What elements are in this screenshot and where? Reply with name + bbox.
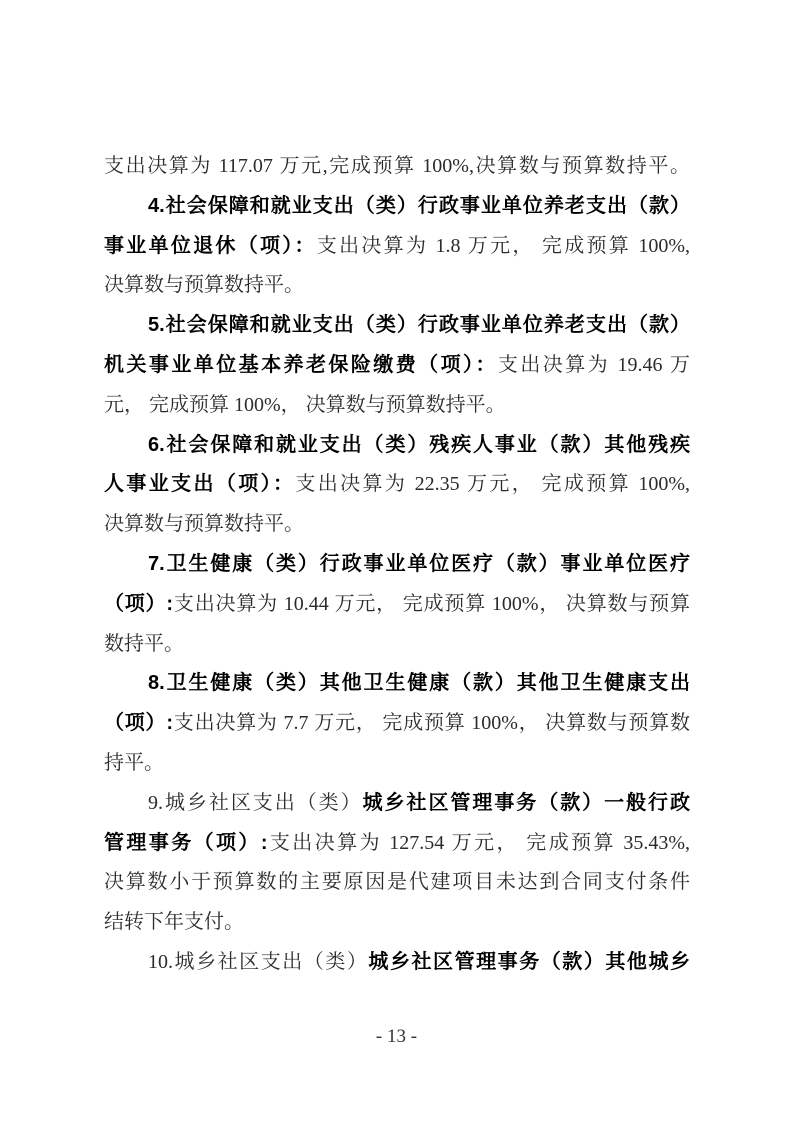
text-line: 决算数与预算数持平。 [104,505,690,545]
text-segment-bold: 管理事务（项）: [104,832,267,854]
text-line: 决算数与预算数持平。 [104,266,690,306]
text-line: （项）:支出决算为 7.7 万元， 完成预算 100%， 决算数与预算数 [104,704,690,744]
text-segment: 支出决算为 22.35 万元， 完成预算 100%, [295,473,690,495]
text-line: 10.城乡社区支出（类）城乡社区管理事务（款）其他城乡 [104,943,690,983]
text-segment: 9.城乡社区支出（类） [148,792,363,814]
text-segment-bold: 6.社会保障和就业支出（类）残疾人事业（款）其他残疾 [148,434,690,456]
text-segment: 10.城乡社区支出（类） [148,951,368,973]
text-segment: 数持平。 [104,633,184,655]
text-segment: 支出决算为 19.46 万 [498,354,690,376]
document-page: 支出决算为 117.07 万元,完成预算 100%,决算数与预算数持平。4.社会… [0,0,793,1122]
text-line: 事业单位退休（项）：支出决算为 1.8 万元， 完成预算 100%, [104,227,690,267]
text-segment-bold: 城乡社区管理事务（款）一般行政 [363,792,690,814]
page-number: - 13 - [0,1026,793,1048]
text-segment: 支出决算为 10.44 万元， 完成预算 100%， 决算数与预算 [173,593,690,615]
text-segment: 决算数与预算数持平。 [104,274,304,296]
text-segment-bold: 机关事业单位基本养老保险缴费（项）： [104,354,498,376]
text-segment: 决算数与预算数持平。 [104,513,304,535]
document-body: 支出决算为 117.07 万元,完成预算 100%,决算数与预算数持平。4.社会… [104,147,690,983]
text-segment: 决算数小于预算数的主要原因是代建项目未达到合同支付条件 [104,871,690,893]
text-segment: 持平。 [104,752,164,774]
text-line: 决算数小于预算数的主要原因是代建项目未达到合同支付条件 [104,863,690,903]
text-segment-bold: 8.卫生健康（类）其他卫生健康（款）其他卫生健康支出 [148,672,690,694]
text-segment-bold: 城乡社区管理事务（款）其他城乡 [368,951,690,973]
text-segment: 结转下年支付。 [104,911,244,933]
text-segment-bold: 人事业支出（项）： [104,473,295,495]
text-segment: 支出决算为 7.7 万元， 完成预算 100%， 决算数与预算数 [173,712,690,734]
text-line: （项）:支出决算为 10.44 万元， 完成预算 100%， 决算数与预算 [104,585,690,625]
text-line: 8.卫生健康（类）其他卫生健康（款）其他卫生健康支出 [104,664,690,704]
text-segment-bold: 4.社会保障和就业支出（类）行政事业单位养老支出（款） [148,195,690,217]
text-line: 5.社会保障和就业支出（类）行政事业单位养老支出（款） [104,306,690,346]
text-line: 7.卫生健康（类）行政事业单位医疗（款）事业单位医疗 [104,545,690,585]
text-segment-bold: 7.卫生健康（类）行政事业单位医疗（款）事业单位医疗 [148,553,690,575]
text-line: 结转下年支付。 [104,903,690,943]
text-segment: 元， 完成预算 100%， 决算数与预算数持平。 [104,394,506,416]
text-line: 持平。 [104,744,690,784]
text-line: 管理事务（项）:支出决算为 127.54 万元， 完成预算 35.43%, [104,824,690,864]
text-segment: 支出决算为 127.54 万元， 完成预算 35.43%, [267,832,690,854]
text-line: 9.城乡社区支出（类）城乡社区管理事务（款）一般行政 [104,784,690,824]
text-line: 6.社会保障和就业支出（类）残疾人事业（款）其他残疾 [104,426,690,466]
text-segment: 支出决算为 117.07 万元,完成预算 100%,决算数与预算数持平。 [104,155,690,177]
text-segment: 支出决算为 1.8 万元， 完成预算 100%, [317,235,690,257]
text-line: 人事业支出（项）：支出决算为 22.35 万元， 完成预算 100%, [104,465,690,505]
text-line: 数持平。 [104,625,690,665]
text-line: 4.社会保障和就业支出（类）行政事业单位养老支出（款） [104,187,690,227]
text-segment-bold: 5.社会保障和就业支出（类）行政事业单位养老支出（款） [148,314,690,336]
text-line: 机关事业单位基本养老保险缴费（项）：支出决算为 19.46 万 [104,346,690,386]
text-segment-bold: （项）: [104,712,173,734]
text-segment-bold: （项）: [104,593,173,615]
text-segment-bold: 事业单位退休（项）： [104,235,317,257]
text-line: 支出决算为 117.07 万元,完成预算 100%,决算数与预算数持平。 [104,147,690,187]
text-line: 元， 完成预算 100%， 决算数与预算数持平。 [104,386,690,426]
